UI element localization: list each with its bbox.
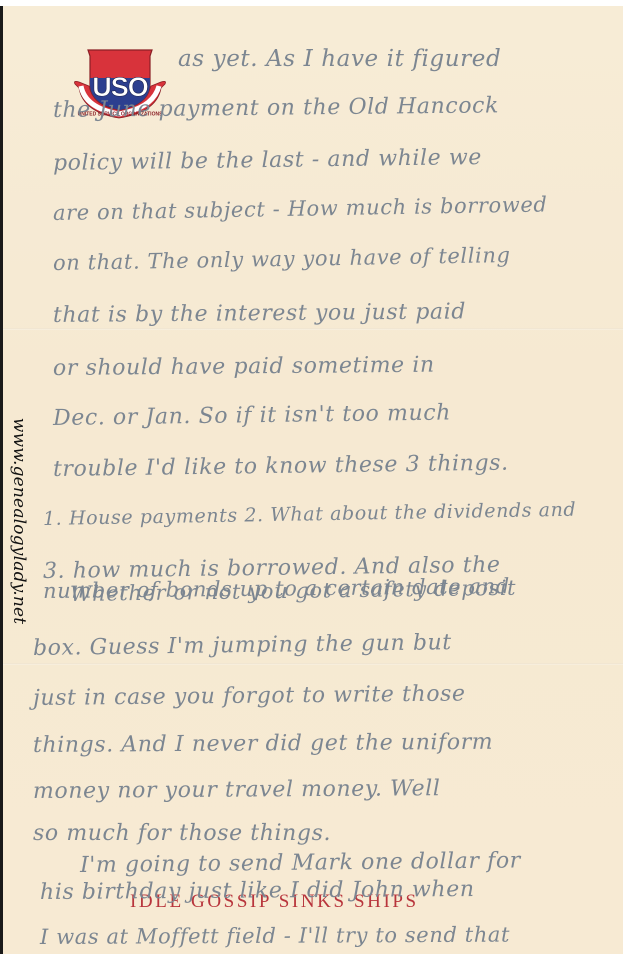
letter-line-4: are on that subject - How much is borrow… — [53, 192, 548, 225]
letter-paper: USO UNITED SERVICE ORGANIZATIONS www.gen… — [3, 6, 623, 954]
letter-line-10: 1. House payments 2. What about the divi… — [43, 499, 577, 530]
letter-line-17: money nor your travel money. Well — [33, 776, 441, 804]
watermark: www.genealogylady.net — [7, 391, 31, 651]
letter-line-7: or should have paid sometime in — [53, 353, 435, 381]
paper-fold — [3, 663, 623, 665]
letter-line-2: the June payment on the Old Hancock — [53, 93, 499, 123]
letter-line-12: number of bonds up to a certain date and — [43, 574, 510, 603]
letter-line-6: that is by the interest you just paid — [53, 299, 466, 328]
footer-slogan: IDLE GOSSIP SINKS SHIPS — [130, 891, 419, 913]
letter-line-14: box. Guess I'm jumping the gun but — [33, 630, 452, 661]
letter-line-18: so much for those things. — [33, 821, 331, 846]
letter-line-8: Dec. or Jan. So if it isn't too much — [53, 400, 451, 431]
letter-line-9: trouble I'd like to know these 3 things. — [53, 451, 509, 482]
letter-line-16: things. And I never did get the uniform — [33, 730, 493, 758]
letter-line-3: policy will be the last - and while we — [53, 145, 482, 176]
letter-scan: USO UNITED SERVICE ORGANIZATIONS www.gen… — [0, 0, 623, 960]
watermark-text: www.genealogylady.net — [9, 418, 29, 625]
letter-line-1: as yet. As I have it figured — [178, 46, 501, 72]
paper-fold — [3, 328, 623, 330]
letter-line-5: on that. The only way you have of tellin… — [53, 243, 511, 275]
letter-line-15: just in case you forgot to write those — [33, 681, 466, 711]
